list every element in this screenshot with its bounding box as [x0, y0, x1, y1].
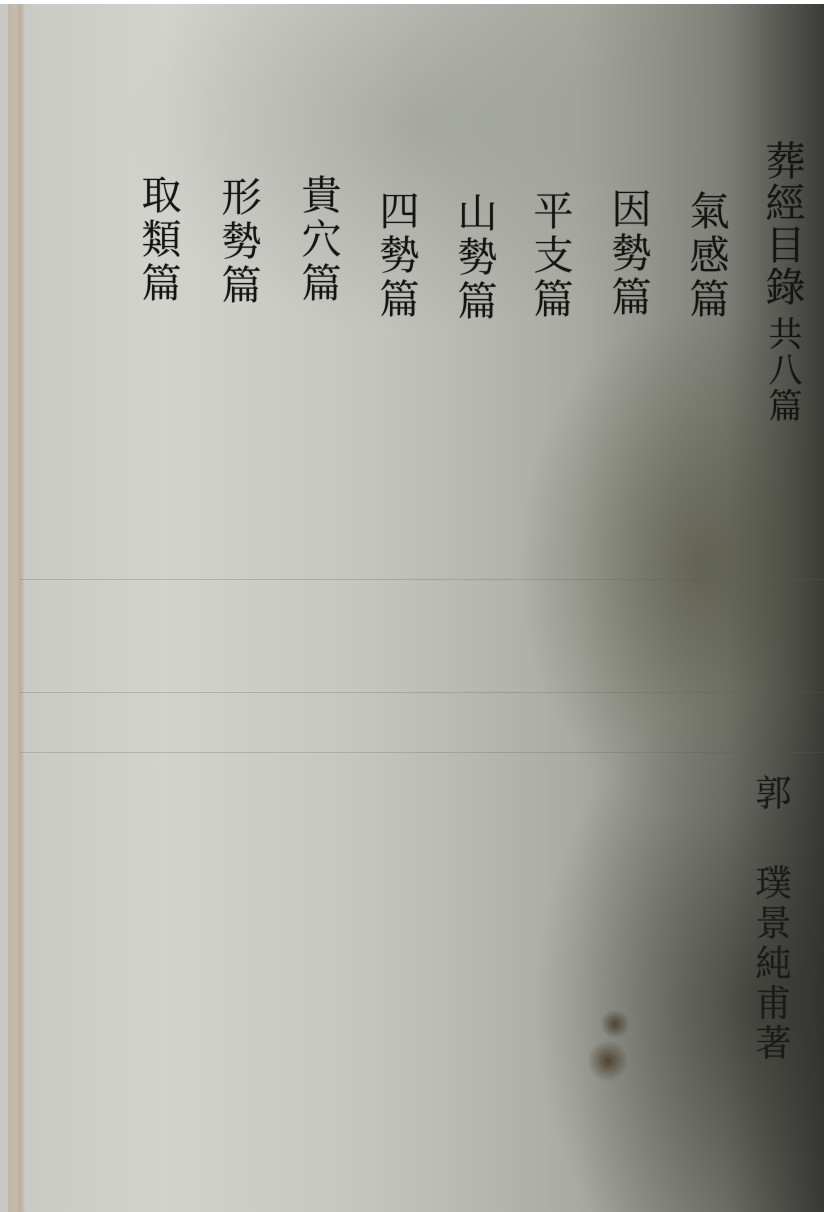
title-text: 葬經目錄	[759, 140, 805, 308]
author-credit: 郭璞景純甫著	[752, 774, 788, 1064]
toc-title: 葬經目錄共八篇	[762, 140, 802, 424]
scanned-page: 葬經目錄共八篇 氣感篇 因勢篇 平支篇 山勢篇 四勢篇 貴穴篇 形勢篇 取類篇 …	[0, 4, 824, 1212]
book-spine-edge	[8, 4, 26, 1212]
title-note: 共八篇	[762, 316, 802, 424]
ink-stain	[588, 1039, 628, 1083]
toc-entry-4: 山勢篇	[454, 192, 494, 324]
toc-entry-2: 因勢篇	[608, 188, 648, 320]
toc-entry-7: 形勢篇	[218, 176, 258, 308]
ink-stain	[600, 1009, 630, 1039]
author-name: 璞景純甫著	[750, 864, 791, 1064]
toc-entry-3: 平支篇	[530, 190, 570, 322]
paper-crease	[20, 579, 824, 580]
paper-crease	[20, 692, 824, 693]
toc-entry-8: 取類篇	[138, 174, 178, 306]
paper-crease	[20, 752, 824, 753]
toc-entry-6: 貴穴篇	[298, 174, 338, 306]
toc-entry-5: 四勢篇	[376, 190, 416, 322]
author-surname: 郭	[750, 774, 791, 814]
toc-entry-1: 氣感篇	[686, 190, 726, 322]
